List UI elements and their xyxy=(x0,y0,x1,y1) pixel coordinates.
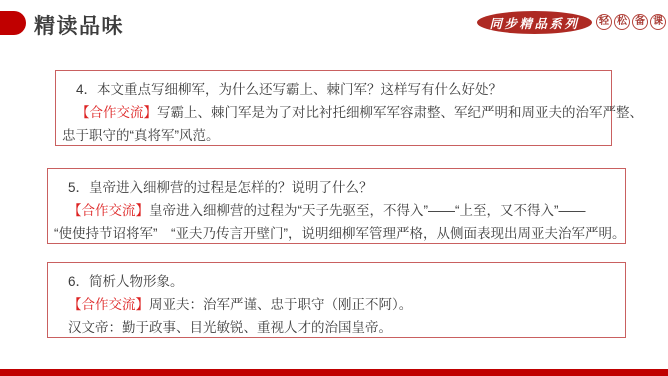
footer-accent-bar xyxy=(0,369,668,376)
question-box-5: 5．皇帝进入细柳营的过程是怎样的？说明了什么？ 【合作交流】皇帝进入细柳营的过程… xyxy=(47,168,626,244)
stamp-seal: 轻 xyxy=(596,14,612,30)
question-box-6: 6．简析人物形象。 【合作交流】周亚夫：治军严谨、忠于职守（刚正不阿）。 汉文帝… xyxy=(47,262,626,338)
answer-text: 【合作交流】周亚夫：治军严谨、忠于职守（刚正不阿）。 xyxy=(54,293,617,316)
series-badge-label: 同步精品系列 xyxy=(489,14,579,32)
stamp-seal: 备 xyxy=(632,14,648,30)
answer-text-continued: “使使持节诏将军” “亚夫乃传言开壁门”，说明细柳军管理严格，从侧面表现出周亚夫… xyxy=(54,222,617,245)
page-title: 精读品味 xyxy=(34,10,124,40)
stamp-seal: 课 xyxy=(650,14,666,30)
question-box-4: 4．本文重点写细柳军，为什么还写霸上、棘门军？这样写有什么好处？ 【合作交流】写… xyxy=(55,70,612,146)
slide: 精读品味 同步精品系列 轻 松 备 课 4．本文重点写细柳军，为什么还写霸上、棘… xyxy=(0,0,668,376)
answer-tag: 【合作交流】 xyxy=(76,105,157,120)
series-badge: 同步精品系列 xyxy=(477,11,592,34)
answer-text: 【合作交流】写霸上、棘门军是为了对比衬托细柳军军容肃整、军纪严明和周亚夫的治军严… xyxy=(62,101,603,124)
answer-text-continued: 忠于职守的“真将军”风范。 xyxy=(62,124,603,147)
answer-tag: 【合作交流】 xyxy=(68,297,149,312)
question-text: 5．皇帝进入细柳营的过程是怎样的？说明了什么？ xyxy=(54,176,617,199)
question-text: 6．简析人物形象。 xyxy=(54,270,617,293)
question-text: 4．本文重点写细柳军，为什么还写霸上、棘门军？这样写有什么好处？ xyxy=(62,78,603,101)
title-accent-shape xyxy=(0,11,26,35)
answer-text-continued: 汉文帝：勤于政事、目光敏锐、重视人才的治国皇帝。 xyxy=(54,316,617,339)
answer-tag: 【合作交流】 xyxy=(68,203,149,218)
answer-text: 【合作交流】皇帝进入细柳营的过程为“天子先驱至，不得入”——“上至，又不得入”—… xyxy=(54,199,617,222)
stamp-seal: 松 xyxy=(614,14,630,30)
stamp-seals: 轻 松 备 课 xyxy=(596,14,666,30)
